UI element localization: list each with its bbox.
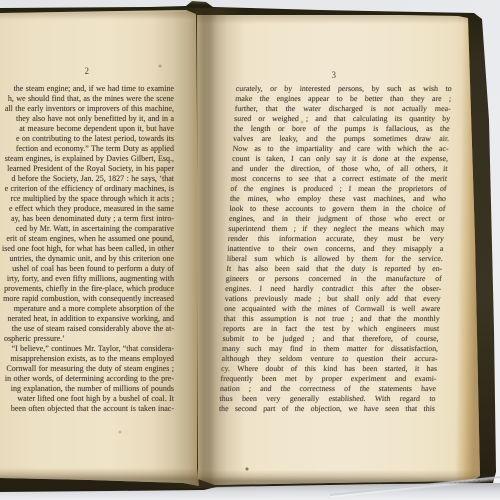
text-line: e effect which they produce, measured in…	[9, 204, 174, 214]
text-line: engines, and in their judgment of those …	[229, 214, 446, 224]
text-line: nerated heat, in addition to expansive w…	[7, 314, 174, 324]
text-line: frequently been met by proper experiment…	[220, 374, 437, 384]
text-line: submit to be judged ; and that therefore…	[222, 334, 439, 344]
text-line: ay, has been denominated duty ; a term f…	[11, 214, 174, 224]
text-line: look to these accounts to govern them in…	[229, 204, 446, 214]
text-line: provements, chiefly in the fire-place, w…	[4, 284, 174, 294]
text-line: cy. Where doubt of this kind has been st…	[221, 364, 438, 374]
text-line: the mines, who employ these vast machine…	[230, 194, 447, 204]
text-line: the second part of the objection, we hav…	[219, 404, 436, 414]
text-line: many such may find in them matter for di…	[222, 344, 439, 354]
text-line: ced by Mr. Watt, in ascertaining the com…	[16, 224, 174, 234]
text-line: liberal sum which is allowed by them for…	[227, 254, 444, 264]
text-line: It has also been said that the duty is r…	[226, 264, 443, 274]
text-line: steam engines, is explained by Davies Gi…	[5, 154, 174, 164]
text-line: d before the Society, Jan. 25, 1827 : he…	[11, 174, 174, 184]
text-line: reports are in fact the test by which en…	[223, 324, 440, 334]
text-line: of the engines is produced ; I mean the …	[230, 184, 447, 194]
text-line: irty, forty, and even fifty millions, au…	[7, 274, 174, 284]
text-line: Now as to the impartiality and care with…	[232, 144, 449, 154]
text-line: gineers or persons concerned in the manu…	[226, 274, 443, 284]
text-line: render this information accurate, they m…	[228, 234, 445, 244]
text-line: although they seldom venture to question…	[221, 354, 438, 364]
text-line: e on contributing to the latest period, …	[16, 134, 174, 144]
text-line: the length or bore of the pumps is falla…	[233, 124, 450, 134]
text-line: nation ; and the correctness of the stat…	[220, 384, 437, 394]
left-page-text: the steam engine; and, if we had time to…	[4, 84, 174, 414]
text-line: ospheric pressure.’	[4, 334, 65, 344]
text-line: erit of steam engines, when he assumed o…	[6, 234, 174, 244]
text-line: the use of steam raised considerably abo…	[12, 324, 174, 334]
text-line: one acquainted with the mines of Cornwal…	[224, 304, 441, 314]
text-line: vations previously made ; but shall only…	[224, 294, 441, 304]
text-line: valves are leaky, and the pumps sometime…	[233, 134, 450, 144]
text-line: ing explanation, the number of millions …	[11, 384, 174, 394]
text-line: been often objected that the account is …	[11, 404, 174, 414]
text-line: superintend them ; if they neglect the m…	[228, 224, 445, 234]
text-line: and under the direction, of those who, o…	[231, 164, 448, 174]
text-line: more rapid combustion, with consequently…	[3, 294, 174, 304]
text-line: “I believe,” continues Mr. Taylor, “that…	[12, 344, 174, 354]
right-page-number: 3	[236, 70, 432, 80]
text-line: ushel of coal has been found to perform …	[12, 264, 174, 274]
text-line: further, that the water discharged is no…	[234, 104, 451, 114]
book-photo: 2 the steam engine; and, if we had time …	[0, 0, 500, 500]
left-page-number: 2	[0, 66, 174, 76]
text-line: inattentive to their own concerns, and t…	[227, 244, 444, 254]
text-line: e criterion of the efficiency of ordinar…	[5, 184, 174, 194]
text-line: untries, the dynamic unit, and by this c…	[10, 254, 175, 264]
right-page-text: curately, or by interested persons, by s…	[219, 84, 452, 414]
text-line: thus been very generally established. Wi…	[219, 394, 436, 404]
text-line: most concerns to see that a correct esti…	[231, 174, 448, 184]
text-line: misapprehension exists, as to the means …	[11, 354, 174, 364]
text-line: the steam engine; and, if we had time to…	[14, 84, 174, 94]
text-line: fection and economy.” The term Duty as a…	[16, 144, 174, 154]
text-line: mperature and a more complete absorption…	[14, 304, 174, 314]
text-line: at measure become dependent upon it, but…	[19, 124, 174, 134]
text-line: they also have not only benefitted by it…	[16, 114, 174, 124]
text-line: count is taken, I can only say it is don…	[232, 154, 449, 164]
text-line: water lifted one foot high by a bushel o…	[17, 394, 174, 404]
text-line: make the engines appear to be better tha…	[235, 94, 452, 104]
text-line: sured or weighed ; and that calculating …	[234, 114, 451, 124]
text-line: engines. I need hardly contradict this a…	[225, 284, 442, 294]
text-line: in other words, of determining according…	[5, 374, 174, 384]
text-line: ised one foot high, for what has been ca…	[2, 244, 174, 254]
text-line: all the early inventors or improvers of …	[5, 104, 174, 114]
text-line: rce multiplied by the space through whic…	[11, 194, 174, 204]
text-line: curately, or by interested persons, by s…	[235, 84, 452, 94]
text-line: h, we should find that, as the mines wer…	[8, 94, 174, 104]
text-line: Cornwall for measuring the duty of steam…	[6, 364, 174, 374]
text-line: learned President of the Royal Society, …	[7, 164, 174, 174]
text-line: that this assumption is not true ; and t…	[223, 314, 440, 324]
